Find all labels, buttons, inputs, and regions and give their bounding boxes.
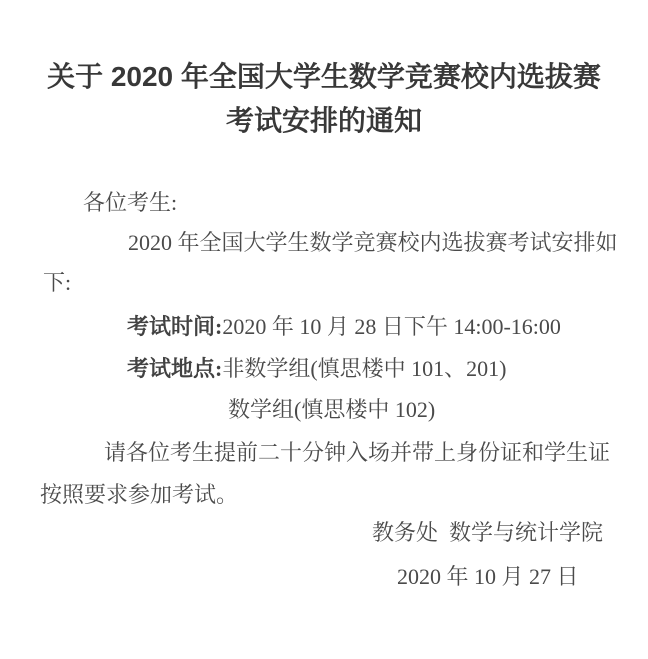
- signature-issuers: 教务处 数学与统计学院: [372, 521, 603, 545]
- notice-page: 关于 2020 年全国大学生数学竞赛校内选拔赛 考试安排的通知 各位考生: 20…: [0, 0, 648, 659]
- exam-location-label: 考试地点:: [127, 356, 222, 381]
- exam-time-line: 考试时间:2020 年 10 月 28 日下午 14:00-16:00: [127, 315, 561, 339]
- exam-time-value: 2020 年 10 月 28 日下午 14:00-16:00: [222, 314, 561, 339]
- intro-paragraph-line2: 下:: [43, 271, 71, 295]
- salutation: 各位考生:: [83, 191, 177, 215]
- exam-time-label: 考试时间:: [127, 314, 222, 339]
- notice-paragraph-line2: 按照要求参加考试。: [40, 483, 238, 507]
- signature-date: 2020 年 10 月 27 日: [397, 565, 579, 589]
- intro-paragraph-line1: 2020 年全国大学生数学竞赛校内选拔赛考试安排如: [128, 231, 618, 255]
- notice-title-line1: 关于 2020 年全国大学生数学竞赛校内选拔赛: [0, 62, 648, 93]
- exam-location-line: 考试地点:非数学组(慎思楼中 101、201): [127, 357, 506, 381]
- exam-location-value: 非数学组(慎思楼中 101、201): [222, 356, 506, 381]
- notice-paragraph-line1: 请各位考生提前二十分钟入场并带上身份证和学生证: [104, 441, 610, 465]
- exam-location-line2: 数学组(慎思楼中 102): [228, 398, 435, 422]
- notice-title-line2: 考试安排的通知: [0, 106, 648, 137]
